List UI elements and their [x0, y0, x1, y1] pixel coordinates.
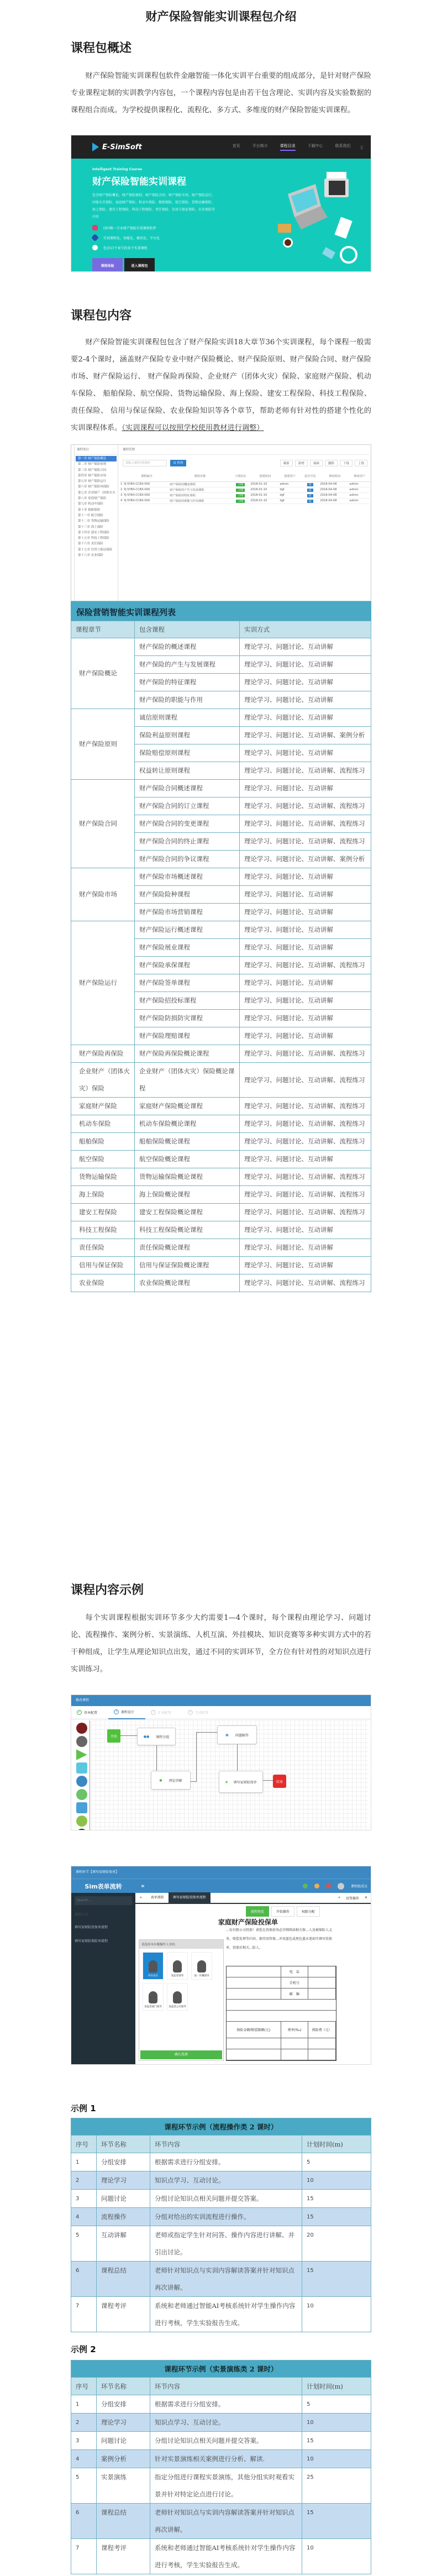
record-node-icon[interactable]: [76, 1829, 87, 1830]
examples-paragraph: 每个实训课程根据实训环节多少大约需要1—4个课时，每个课程由理论学习、问题讨论、…: [71, 1609, 371, 1678]
method-cell: 理论学习、问题讨论、互动讲解: [240, 886, 371, 904]
mail-icon[interactable]: [303, 1884, 308, 1888]
table-cell: 流程操作: [97, 2208, 150, 2226]
table-cell: 15: [302, 2504, 371, 2539]
flow-node-form[interactable]: ◉填写家财险保单: [219, 1771, 263, 1793]
nav-item[interactable]: 课程目录: [280, 143, 296, 151]
course-cell: 财产保险招投标课程: [135, 992, 240, 1010]
category-tree-item[interactable]: 第七章 企业财产（团体火灾: [75, 490, 118, 496]
brand-name: E-SimSoft: [102, 143, 142, 151]
course-cell: 权益转让原则课程: [135, 762, 240, 780]
nav-item[interactable]: 联系我们: [335, 143, 351, 151]
table-cell: 6: [71, 2504, 97, 2539]
table-row: 5互动讲解老师或指定学生针对问答、操作内容进行讲解、并引出讨论。20: [71, 2226, 371, 2262]
role-label: 发起者部门领导: [144, 2005, 162, 2008]
overview-paragraph: 财产保险智能实训课程包软件金融智能一体化实训平台重要的组成部分，是针对财产保险专…: [71, 67, 371, 119]
table-cell: admin: [349, 481, 370, 487]
menu-icon[interactable]: ≡: [141, 1884, 145, 1888]
table-cell: dgf: [280, 498, 300, 503]
method-cell: 理论学习、问题讨论、互动讲解、流程练习: [240, 1063, 371, 1098]
method-cell: 理论学习、问题讨论、互动讲解: [240, 780, 371, 798]
role-option[interactable]: 发起者公司领导: [167, 1983, 188, 2011]
banner-navbar: E-SimSoft 首页平台简介课程目录下载中心联系我们 ▯: [71, 135, 371, 159]
table-cell: 3: [71, 2432, 97, 2450]
method-cell: 理论学习、问题讨论、互动讲解: [240, 691, 371, 709]
course-cell: 货物运输保险概论课程: [135, 1168, 240, 1186]
toolbar-button[interactable]: 下线: [340, 460, 352, 466]
confirm-selection-button[interactable]: 确认选择: [140, 2050, 222, 2059]
method-cell: 理论学习、问题讨论、互动讲解: [240, 638, 371, 656]
course-cell: 家庭财产保险概论课程: [135, 1098, 240, 1115]
course-toolbar: 请输入课程名称搜索 Q 查询 刷新新增编辑删除下线上线: [120, 455, 370, 471]
page-tabs: « 表单流转 填写家财险投保单流程 »页签操作✕: [135, 1893, 371, 1904]
form-flow-screenshot: 课程环节【填写家财险保单】 Sim表单流转 ≡ 课程组成员 Search... …: [71, 1866, 371, 2065]
step-number-icon: 4: [188, 1710, 193, 1715]
course-cell: 财产保险理赔课程: [135, 1027, 240, 1045]
category-tree-item[interactable]: 第十七章 信用与保证保险: [75, 547, 118, 553]
role-label: 发起者领导: [171, 1974, 184, 1977]
cell-text: YJ-SYBX-CCBX-000: [124, 482, 150, 486]
course-cell: 船舶保险概论课程: [135, 1133, 240, 1151]
category-tree-title: 课程类目: [75, 445, 118, 455]
course-cell: 机动车保险概论课程: [135, 1115, 240, 1133]
course-cell: 财产保险的产生与发展课程: [135, 656, 240, 674]
column-header[interactable]: 上线状态: [230, 471, 251, 481]
cell-text: YJ-SYBX-CCBX-000: [124, 488, 150, 491]
method-cell: 理论学习、问题讨论、互动讲解、流程练习: [240, 1168, 371, 1186]
table-cell: 10: [302, 2414, 371, 2432]
course-cell: 建安工程保险概论课程: [135, 1204, 240, 1221]
table-cell: admin: [349, 498, 370, 503]
table-row: 4案例分析针对实景演练相关案例进行分析、解读.10: [71, 2450, 371, 2468]
table-cell: 上线: [230, 498, 251, 503]
category-tree-item[interactable]: 第十八章 农业保险: [75, 553, 118, 558]
table-cell: 15: [302, 2262, 371, 2297]
toolbar-button[interactable]: 上线: [355, 460, 367, 466]
nav-item[interactable]: 首页: [233, 143, 240, 151]
method-cell: 理论学习、问题讨论、互动讲解: [240, 709, 371, 727]
step-label: 基本配置: [84, 1710, 97, 1715]
table-cell: 理论学习: [97, 2414, 150, 2432]
table-cell: 2018-04-08: [320, 481, 349, 487]
example1-caption: 课程环节示例（流程操作类 2 课时）: [71, 2118, 371, 2135]
method-cell: 理论学习、问题讨论、互动讲解: [240, 974, 371, 992]
cell-text: 2: [120, 488, 122, 491]
qa-node-icon[interactable]: [76, 1802, 87, 1813]
chapter-cell: 财产保险原则: [71, 709, 135, 780]
table-cell: 是: [300, 481, 320, 487]
column-header[interactable]: 修改时间: [320, 471, 349, 481]
method-cell: 理论学习、问题讨论、互动讲解、流程练习: [240, 1204, 371, 1221]
role-option[interactable]: 所有成员: [143, 1952, 164, 1980]
column-header: 序号: [71, 2378, 97, 2395]
category-tree-item[interactable]: 第十四章 建安工程保险: [75, 530, 118, 536]
table-cell: 指定分组进行课程实景演练，其他分组实时观看实景并针对特定论点进行讨论。: [150, 2468, 302, 2504]
cell-text: 2018-01-10: [250, 482, 267, 486]
method-cell: 理论学习、问题讨论、互动讲解、案例分析: [240, 851, 371, 868]
method-cell: 理论学习、问题讨论、互动讲解: [240, 1239, 371, 1257]
table-row[interactable]: 4YJ-SYBX-CCBX-000财产保险的职能与作用课程上线2018-01-1…: [120, 498, 370, 503]
table-cell: 知识点学习、互动讨论。: [150, 2171, 302, 2190]
tab-forward-icon[interactable]: »: [338, 1896, 340, 1901]
cell-text: 财产保险的职能与作用课程: [170, 500, 204, 503]
method-cell: 理论学习、问题讨论、互动讲解: [240, 921, 371, 939]
flow-window-title: 修改课程: [71, 1695, 371, 1706]
category-tree: 第一章 财产保险概论第二章 财产保险原则第三章 财产保险合同第四章 财产保险市场…: [75, 456, 118, 558]
table-row: 科技工程保险科技工程保险概论课程理论学习、问题讨论、互动讲解: [71, 1221, 371, 1239]
flow-node-qa[interactable]: ▣问题解答: [217, 1725, 257, 1744]
cell-text: 上线: [236, 500, 245, 503]
course-cell: 海上保险概论课程: [135, 1186, 240, 1204]
table-row: 财产保险再保险财产保险再保险概论课程理论学习、问题讨论、互动讲解、流程练习: [71, 1045, 371, 1063]
table-cell: 问题讨论: [97, 2432, 150, 2450]
course-cell: 财产保险市场营销课程: [135, 904, 240, 921]
table-cell: 15: [302, 2208, 371, 2226]
table-cell: 分组讨论知识点相关问题并提交答案。: [150, 2432, 302, 2450]
category-tree-item[interactable]: 第六章 财产保险再保险: [75, 484, 118, 490]
person-icon: [149, 1960, 157, 1972]
column-header[interactable]: 修改用户: [349, 471, 370, 481]
flag-icon[interactable]: [326, 1884, 331, 1888]
chapter-cell: 财产保险合同: [71, 780, 135, 868]
hero-description: 包含财产保险概论、财产保险原则、财产保险合同、财产保险市场、财产保险运行、团体火…: [92, 192, 217, 221]
toolbar-button[interactable]: 刷新: [280, 460, 293, 466]
course-list-title: 课程管理: [120, 445, 370, 455]
category-tree-item[interactable]: 第四章 财产保险市场: [75, 473, 118, 479]
globe-node-icon[interactable]: [76, 1816, 87, 1827]
tab-form-flow[interactable]: 表单流转: [146, 1892, 169, 1903]
toolbar-button[interactable]: 新增: [295, 460, 308, 466]
table-cell: dgf: [280, 487, 300, 492]
category-tree-item[interactable]: 第十五章 科技工程保险: [75, 536, 118, 541]
table-cell: 针对实景演练相关案例进行分析、解读.: [150, 2450, 302, 2468]
fullscreen-icon[interactable]: ✕: [365, 1896, 367, 1901]
column-header[interactable]: 创建时间: [250, 471, 280, 481]
column-header[interactable]: 是否可见: [300, 471, 320, 481]
method-cell: 理论学习、问题讨论、互动讲解、流程练习: [240, 815, 371, 833]
table-cell: 15: [302, 2190, 371, 2208]
bell-icon[interactable]: [314, 1884, 319, 1888]
step-finish[interactable]: 4完成配置: [182, 1706, 219, 1719]
course-cell: 财产保险市场概述课程: [135, 868, 240, 886]
search-button[interactable]: Q 查询: [170, 460, 186, 466]
cell-text: 3: [120, 494, 122, 497]
category-tree-item[interactable]: 第十二章 货物运输保险: [75, 518, 118, 524]
table-cell: 7: [71, 2297, 97, 2332]
table-cell: 10: [302, 2171, 371, 2190]
table-cell: 25: [302, 2468, 371, 2504]
category-tree-item[interactable]: 第九章 机动车保险: [75, 501, 118, 507]
course-cell: 企业财产（团体火灾）保险概论课程: [135, 1063, 240, 1098]
course-search-input[interactable]: 请输入课程名称搜索: [123, 460, 167, 466]
table-cell: 2018-01-10: [250, 481, 280, 487]
column-header[interactable]: 创建用户: [280, 471, 300, 481]
method-cell: 理论学习、问题讨论、互动讲解、流程练习: [240, 1133, 371, 1151]
tab-back-icon[interactable]: «: [135, 1892, 146, 1903]
banner-hero: Intelligent Training Course 财产保险智能实训课程 包…: [71, 159, 371, 272]
table-cell: 10: [302, 2297, 371, 2332]
method-cell: 理论学习、问题讨论、互动讲解: [240, 939, 371, 957]
table-cell: 上线: [230, 487, 251, 492]
cell-text: 是: [307, 483, 313, 486]
chapter-cell: 货物运输保险: [71, 1168, 135, 1186]
start-operation-button[interactable]: 开始操作: [271, 1906, 294, 1917]
contents-note: （实训课程可以按照学校使用教材进行调整）: [122, 424, 264, 432]
feature-text: 国内唯一专业财产保险实训课程软件: [103, 225, 156, 230]
course-cell: 财产保险签单课程: [135, 974, 240, 992]
connect-tool-icon[interactable]: [76, 1736, 87, 1747]
table-cell: 财产保险的产生与发展课程: [170, 487, 230, 492]
table-cell: 系统和老师通过智能AI考核系统针对学生操作内容进行考核，学生实验报告生成。: [150, 2539, 302, 2574]
table-cell: 5: [302, 2395, 371, 2414]
category-tree-item[interactable]: 第十三章 海上保险: [75, 524, 118, 530]
cell-text: 财产保险的产生与发展课程: [170, 489, 204, 492]
speaker-icon: ●: [159, 1778, 162, 1782]
column-header[interactable]: 课程编号: [124, 471, 170, 481]
step-number-icon: 2: [114, 1709, 119, 1714]
cell-text: 2018-04-08: [320, 482, 336, 486]
category-tree-item[interactable]: 第八章 家庭财产保险: [75, 496, 118, 501]
start-node-icon[interactable]: [76, 1749, 87, 1760]
table-cell: admin: [349, 487, 370, 492]
flow-edge: [191, 1781, 196, 1782]
flow-node-start[interactable]: 开始: [107, 1729, 120, 1743]
course-cell: 财产保险的职能与作用: [135, 691, 240, 709]
table-cell: 分组对给出的实训流程进行操作。: [150, 2208, 302, 2226]
premium-label: 保险费（元）: [308, 2022, 336, 2038]
category-tree-item[interactable]: 第三章 财产保险合同: [75, 468, 118, 473]
column-header: 环节内容: [150, 2378, 302, 2395]
category-tree-item[interactable]: 第一章 财产保险概论: [76, 456, 117, 461]
select-tool-icon[interactable]: [76, 1723, 87, 1734]
brand-logo: E-SimSoft: [92, 143, 142, 151]
table-row[interactable]: 1YJ-SYBX-CCBX-000财产保险的概述课程上线2018-01-10ad…: [120, 481, 370, 487]
try-course-button[interactable]: 课程体验: [92, 258, 123, 272]
cell-text: 2018-01-10: [250, 499, 267, 502]
course-cell: 财产保险的特征课程: [135, 674, 240, 691]
role-options: 所有成员发起者领导前一步骤领导发起者部门领导发起者公司领导: [139, 1949, 223, 2014]
example1-heading: 示例 1: [71, 2102, 96, 2114]
table-row: 7课程考评系统和老师通过智能AI考核系统针对学生操作内容进行考核，学生实验报告生…: [71, 2297, 371, 2332]
table-row: 家庭财产保险家庭财产保险概论课程理论学习、问题讨论、互动讲解、流程练习: [71, 1098, 371, 1115]
cell-text: 是: [307, 494, 313, 497]
table-cell: 2: [71, 2171, 97, 2190]
table-row: 企业财产（团体火灾）保险企业财产（团体火灾）保险概论课程理论学习、问题讨论、互动…: [71, 1063, 371, 1098]
table-cell: 4: [71, 2208, 97, 2226]
category-tree-item[interactable]: 第十六章 责任保险: [75, 541, 118, 547]
example2-caption: 课程环节示例（实景演练类 2 课时）: [71, 2360, 371, 2377]
course-cell: 财产保险承保课程: [135, 957, 240, 974]
chapter-cell: 机动车保险: [71, 1115, 135, 1133]
course-cell: 财产保险合同的终止课程: [135, 833, 240, 851]
step-label: 扩展配置: [158, 1710, 171, 1715]
feature-text: 实训课程化、智能化、模块化、平台化: [103, 235, 160, 240]
flow-edge: [156, 1745, 157, 1771]
method-cell: 理论学习、问题讨论、互动讲解、流程练习: [240, 1115, 371, 1133]
table-cell: 课程考评: [97, 2297, 150, 2332]
table-cell: 2018-04-08: [320, 492, 349, 498]
flow-node-group[interactable]: ●●课程分组: [137, 1728, 176, 1745]
method-cell: 理论学习、问题讨论、互动讲解、流程练习: [240, 833, 371, 851]
table-row: 5实景演练指定分组进行课程实景演练，其他分组实时观看实景并针对特定论点进行讨论。…: [71, 2468, 371, 2504]
avatar[interactable]: [338, 1883, 344, 1890]
table-row: 船舶保险船舶保险概论课程理论学习、问题讨论、互动讲解、流程练习: [71, 1133, 371, 1151]
chapter-cell: 海上保险: [71, 1186, 135, 1204]
table-cell: 财产保险的职能与作用课程: [170, 498, 230, 503]
cell-text: 2018-01-10: [250, 488, 267, 491]
table-cell: 1: [71, 2395, 97, 2414]
step-label: 完成配置: [195, 1710, 208, 1715]
table-cell: YJ-SYBX-CCBX-000: [124, 481, 170, 487]
heading-examples: 课程内容示例: [71, 1581, 144, 1598]
course-management-screenshot: 课程类目 第一章 财产保险概论第二章 财产保险原则第三章 财产保险合同第四章 财…: [71, 444, 371, 618]
preview-flow-button[interactable]: 流程预览: [246, 1906, 269, 1917]
nav-item[interactable]: 平台简介: [252, 143, 268, 151]
tab-application-flow[interactable]: 填写家财险投保单流程: [169, 1892, 211, 1903]
app-main: « 表单流转 填写家财险投保单流程 »页签操作✕ 流程预览 开始操作 权限分配 …: [135, 1893, 371, 2064]
group-node-icon[interactable]: [76, 1776, 87, 1787]
category-tree-item[interactable]: 第十章 船舶保险: [75, 507, 118, 513]
method-cell: 理论学习、问题讨论、互动讲解: [240, 992, 371, 1010]
chapter-cell: 船舶保险: [71, 1133, 135, 1151]
chapter-cell: 航空保险: [71, 1151, 135, 1168]
cell-text: 是: [307, 489, 313, 492]
table-cell: 问题讨论: [97, 2190, 150, 2208]
node-label: 课程分组: [156, 1734, 169, 1739]
table-cell: 系统和老师通过智能AI考核系统针对学生操作内容进行考核，学生实验报告生成。: [150, 2297, 302, 2332]
chapter-cell: 建安工程保险: [71, 1204, 135, 1221]
table-row: 2理论学习知识点学习、互动讨论。10: [71, 2171, 371, 2190]
cell-text: 4: [120, 499, 122, 502]
example2-heading: 示例 2: [71, 2343, 96, 2355]
method-cell: 理论学习、问题讨论、互动讲解、流程练习: [240, 1098, 371, 1115]
contents-text: 财产保险智能实训课程包包含了财产保险实训18大章节36个实训课程，每个课程一般需…: [71, 338, 371, 432]
wizard-steps: ✓基本配置 2课程设计 3扩展配置 4完成配置: [71, 1706, 371, 1719]
contents-paragraph: 财产保险智能实训课程包包含了财产保险实训18大章节36个实训课程，每个课程一般需…: [71, 334, 371, 437]
heading-overview: 课程包概述: [71, 39, 131, 56]
toolbar-button[interactable]: 编辑: [310, 460, 323, 466]
flow-node-theory[interactable]: ●理论讲解: [151, 1771, 191, 1790]
cell-text: admin: [349, 494, 358, 497]
chapter-cell: 企业财产（团体火灾）保险: [71, 1063, 135, 1098]
role-option[interactable]: 前一步骤领导: [191, 1952, 212, 1980]
expand-icon[interactable]: ▯: [361, 145, 363, 150]
category-tree-item[interactable]: 第二章 财产保险原则: [75, 461, 118, 467]
table-cell: 2018-01-10: [250, 498, 280, 503]
role-option[interactable]: 发起者部门领导: [143, 1983, 164, 2011]
column-header: 环节内容: [150, 2136, 302, 2153]
course-cell: 财产保险展业课程: [135, 939, 240, 957]
sidebar-search-input[interactable]: Search...: [75, 1896, 132, 1905]
cell-text: 2018-01-10: [250, 494, 267, 497]
table-cell: 上线: [230, 481, 251, 487]
table-row: 财产保险原则诚信原则课程理论学习、问题讨论、互动讲解: [71, 709, 371, 727]
table-row[interactable]: 3YJ-SYBX-CCBX-000财产保险的特征课程上线2018-01-10dg…: [120, 492, 370, 498]
tab-actions-dropdown[interactable]: 页签操作: [346, 1896, 359, 1901]
cell-text: admin: [349, 499, 358, 502]
user-name[interactable]: 课程组成员: [351, 1884, 367, 1888]
table-cell: 老师针对知识点与实训内容解读答案并针对知识点再次讲解。: [150, 2262, 302, 2297]
table-cell: 10: [302, 2539, 371, 2574]
form-grid: 电 话 手机号 邮 编 保险金额/赔偿限额(元)费率(‰)保险费（元）: [226, 1966, 336, 2061]
table-cell: 分组安排: [97, 2153, 150, 2171]
chapter-cell: 财产保险概论: [71, 638, 135, 709]
method-cell: 理论学习、问题讨论、互动讲解: [240, 868, 371, 886]
category-tree-item[interactable]: 第十一章 航空保险: [75, 513, 118, 518]
cell-text: 1: [120, 482, 122, 486]
step-design[interactable]: 2课程设计: [108, 1706, 145, 1719]
table-cell: 5: [71, 2226, 97, 2262]
table-row: 责任保险责任保险概论课程理论学习、问题讨论、互动讲解: [71, 1239, 371, 1257]
table-cell: 7: [71, 2539, 97, 2574]
table-row: 2理论学习知识点学习、互动讨论。10: [71, 2414, 371, 2432]
enter-package-button[interactable]: 进入课程包: [124, 258, 155, 272]
table-row: 财产保险市场财产保险市场概述课程理论学习、问题讨论、互动讲解: [71, 868, 371, 886]
method-cell: 理论学习、问题讨论、互动讲解、流程练习: [240, 957, 371, 974]
method-cell: 理论学习、问题讨论、互动讲解: [240, 1010, 371, 1027]
document-title: 财产保险智能实训课程包介绍: [0, 8, 442, 24]
nav-item[interactable]: 下载中心: [308, 143, 323, 151]
chapter-cell: 财产保险市场: [71, 868, 135, 921]
course-cell: 财产保险合同的争议课程: [135, 851, 240, 868]
course-cell: 财产保险合同概述课程: [135, 780, 240, 798]
course-cell: 信用与保证保险概论课程: [135, 1257, 240, 1274]
task-node-icon[interactable]: [76, 1762, 87, 1774]
flow-canvas[interactable]: 开始 ●●课程分组 ●理论讲解 ▣问题解答 ◉填写家财险保单 结束: [91, 1720, 369, 1830]
sidebar-item-policy-form[interactable]: 填写家财险保险单流程: [71, 1934, 135, 1948]
table-cell: 财产保险的概述课程: [170, 481, 230, 487]
category-tree-item[interactable]: 第五章 财产保险运行: [75, 479, 118, 484]
column-header: 计划时间(m): [302, 2378, 371, 2395]
table-row: 海上保险海上保险概论课程理论学习、问题讨论、互动讲解、流程练习: [71, 1186, 371, 1204]
column-header[interactable]: 课程名称: [170, 471, 230, 481]
table-cell: 3: [71, 2190, 97, 2208]
cell-text: admin: [349, 488, 358, 491]
table-cell: 知识点学习、互动讨论。: [150, 2414, 302, 2432]
method-cell: 理论学习、问题讨论、互动讲解、流程练习: [240, 1274, 371, 1292]
table-cell: 是: [300, 498, 320, 503]
table-cell: 根据需求进行分组安排。: [150, 2395, 302, 2414]
cell-text: admin: [349, 482, 358, 486]
step-basic[interactable]: ✓基本配置: [71, 1706, 108, 1719]
course-table: 课程章节 包含课程 实训方式 财产保险概论财产保险的概述课程理论学习、问题讨论、…: [71, 621, 371, 1292]
cell-text: dgf: [280, 494, 284, 497]
step-extend[interactable]: 3扩展配置: [145, 1706, 182, 1719]
flow-edge: [120, 1735, 137, 1736]
toolbar-button[interactable]: 删除: [325, 460, 338, 466]
step-label: 课程设计: [121, 1709, 134, 1714]
role-option[interactable]: 发起者领导: [167, 1952, 188, 1980]
table-cell: 根据需求进行分组安排。: [150, 2153, 302, 2171]
table-cell: 2018-04-08: [320, 487, 349, 492]
assign-permission-button[interactable]: 权限分配: [297, 1906, 320, 1917]
role-picker-title: 请选择本步骤操作人身份：: [139, 1940, 223, 1949]
method-cell: 理论学习、问题讨论、互动讲解: [240, 1221, 371, 1239]
column-header: 环节名称: [97, 2378, 150, 2395]
sidebar-item-application-form[interactable]: 填写家财险投保单流程: [71, 1920, 135, 1934]
table-row[interactable]: 2YJ-SYBX-CCBX-000财产保险的产生与发展课程上线2018-01-1…: [120, 487, 370, 492]
group-icon: ●●: [144, 1735, 149, 1739]
table-cell: 课程总结: [97, 2504, 150, 2539]
table-cell: 5: [302, 2153, 371, 2171]
lecture-node-icon[interactable]: [76, 1789, 87, 1800]
node-label: 填写家财险保单: [234, 1780, 257, 1785]
method-cell: 理论学习、问题讨论、互动讲解: [240, 1027, 371, 1045]
table-row: 信用与保证保险信用与保证保险概论课程理论学习、问题讨论、互动讲解: [71, 1257, 371, 1274]
globe-icon: ◉: [225, 1780, 228, 1784]
flow-node-end[interactable]: 结束: [273, 1775, 286, 1788]
table-row: 航空保险航空保险概论课程理论学习、问题讨论、互动讲解: [71, 1151, 371, 1168]
